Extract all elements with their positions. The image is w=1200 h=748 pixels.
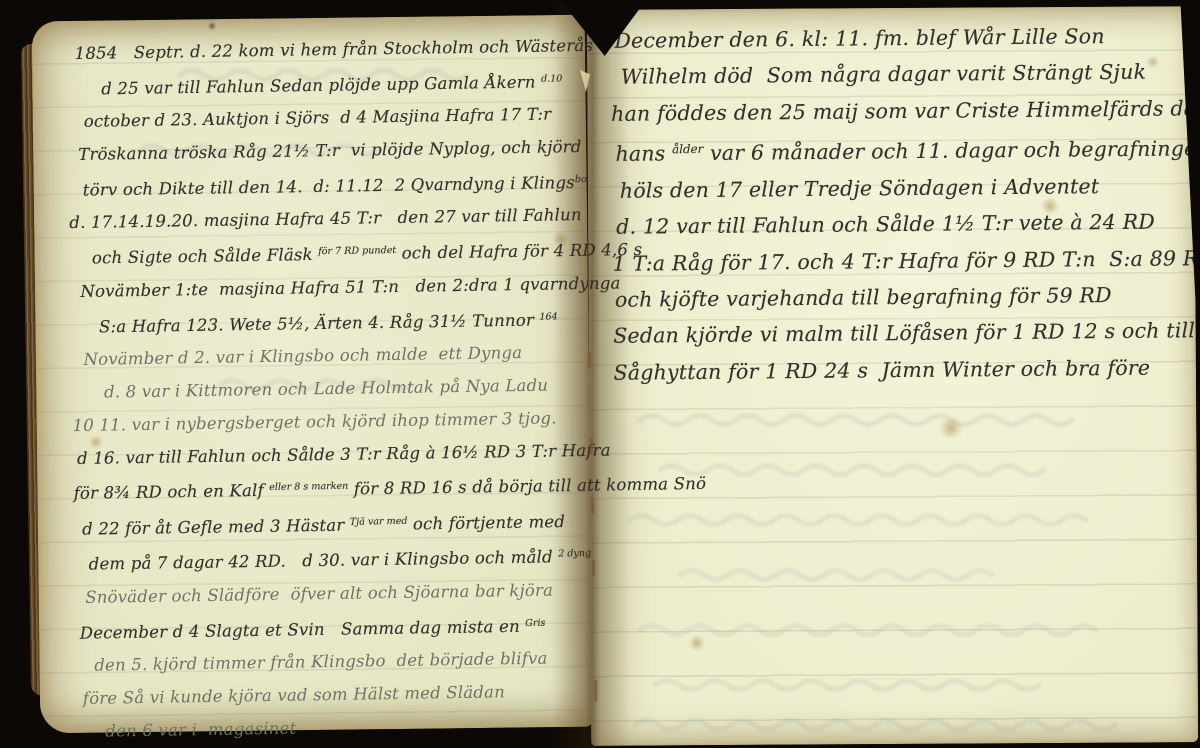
gutter-crease-mark <box>592 560 595 576</box>
handwriting-text: och förtjente med <box>407 512 565 533</box>
handwriting-text: Wilhelm död Som några dagar varit Sträng… <box>621 60 1147 89</box>
manuscript-line: Såghyttan för 1 RD 24 s Jämn Winter och … <box>613 349 1199 391</box>
superscript-insertion: Tjä var med <box>350 516 408 528</box>
manuscript-line: 1 T:a Råg för 17. och 4 T:r Hafra för 9 … <box>612 240 1198 282</box>
manuscript-line: höls den 17 eller Tredje Söndagen i Adve… <box>620 167 1198 209</box>
handwriting-text: den 6 var i magasinet <box>105 718 296 740</box>
age-spot <box>938 418 964 438</box>
gutter-crease-mark <box>590 438 593 454</box>
handwriting-text: 1 T:a Råg för 17. och 4 T:r Hafra för 9 … <box>612 246 1200 276</box>
handwriting-text: den 5. kjörd timmer från Klingsbo det bö… <box>94 649 548 675</box>
handwriting-text: och Sigte och Sålde Fläsk <box>92 245 319 268</box>
age-spot <box>688 636 706 650</box>
handwriting-text: d. 17.14.19.20. masjina Hafra 45 T:r den… <box>69 206 582 233</box>
handwriting-text: Snöväder och Slädföre öfver alt och Sjöa… <box>85 580 553 606</box>
manuscript-line: han föddes den 25 maij som var Criste Hi… <box>611 90 1197 132</box>
manuscript-line: och kjöfte varjehanda till begrafning fö… <box>615 276 1199 318</box>
manuscript-line: Sedan kjörde vi malm till Löfåsen för 1 … <box>613 313 1199 355</box>
age-spot <box>88 436 104 448</box>
handwriting-text: dem på 7 dagar 42 RD. d 30. var i Klings… <box>89 548 559 574</box>
handwriting-text: 10 11. var i nybergsberget och kjörd iho… <box>72 408 556 435</box>
handwriting-text: october d 23. Auktjon i Sjörs d 4 Masjin… <box>84 105 552 131</box>
handwriting-text: December d 4 Slagta et Svin Samma dag mi… <box>80 616 526 642</box>
handwriting-text: Såghyttan för 1 RD 24 s Jämn Winter och … <box>613 355 1150 384</box>
handwriting-text: Novämber d 2. var i Klingsbo och malde e… <box>83 343 522 369</box>
handwriting-text: d. 12 var till Fahlun och Sålde 1½ T:r v… <box>616 210 1155 239</box>
handwriting-text: d. 8 var i Kittmoren och Lade Holmtak på… <box>104 376 548 402</box>
handwriting-text: 1854 Septr. d. 22 kom vi hem från Stockh… <box>75 36 594 63</box>
diary-photograph: 1854 Septr. d. 22 kom vi hem från Stockh… <box>0 0 1200 748</box>
superscript-insertion: ålder <box>672 142 703 156</box>
manuscript-line: d. 12 var till Fahlun och Sålde 1½ T:r v… <box>616 203 1198 245</box>
handwriting-text: före Så vi kunde kjöra vad som Hälst med… <box>83 682 505 708</box>
superscript-insertion: d.10 <box>541 73 563 84</box>
left-page-handwriting: 1854 Septr. d. 22 kom vi hem från Stockh… <box>66 30 597 748</box>
right-page-handwriting: December den 6. kl: 11. fm. blef Wår Lil… <box>610 17 1200 391</box>
superscript-insertion: 2 dyng <box>558 548 591 560</box>
manuscript-line: den 6 var i magasinet <box>105 708 597 748</box>
superscript-insertion: Gris <box>525 617 545 628</box>
handwriting-text: S:a Hafra 123. Wete 5½, Ärten 4. Råg 31½… <box>99 310 540 336</box>
handwriting-text: och del Hafra för 4 RD 4,6 s <box>396 240 642 263</box>
ink-speck <box>208 22 216 30</box>
handwriting-text: hans <box>615 142 672 167</box>
gutter-crease-mark <box>594 680 597 702</box>
handwriting-text: d 16. var till Fahlun och Sålde 3 T:r Rå… <box>77 440 611 467</box>
handwriting-text: för 8¾ RD och en Kalf <box>73 481 269 503</box>
manuscript-line: December den 6. kl: 11. fm. blef Wår Lil… <box>614 17 1196 59</box>
handwriting-text: och kjöfte varjehanda till begrafning fö… <box>615 283 1112 312</box>
handwriting-text: Tröskanna tröska Råg 21½ T:r vi plöjde N… <box>78 137 582 164</box>
manuscript-line: hans ålder var 6 månader och 11. dagar o… <box>615 126 1197 172</box>
age-spot <box>1146 56 1160 68</box>
age-spot <box>552 232 570 246</box>
handwriting-text: December den 6. kl: 11. fm. blef Wår Lil… <box>614 24 1104 53</box>
gutter-crease-mark <box>591 498 594 514</box>
handwriting-text: han föddes den 25 maij som var Criste Hi… <box>611 96 1200 126</box>
handwriting-text: törv och Dikte till den 14. d: 11.12 2 Q… <box>83 173 575 200</box>
superscript-insertion: för 7 RD pundet <box>318 245 396 257</box>
handwriting-text: Sedan kjörde vi malm till Löfåsen för 1 … <box>613 319 1195 349</box>
age-spot <box>1040 198 1060 214</box>
handwriting-text: d 25 var till Fahlun Sedan plöjde upp Ga… <box>101 72 541 98</box>
handwriting-text: var 6 månader och 11. dagar och begrafni… <box>703 136 1200 165</box>
handwriting-text: Novämber 1:te masjina Hafra 51 T:n den 2… <box>80 273 620 300</box>
manuscript-line: Wilhelm död Som några dagar varit Sträng… <box>621 54 1197 96</box>
handwriting-text: höls den 17 eller Tredje Söndagen i Adve… <box>620 174 1100 203</box>
superscript-insertion: 164 <box>539 311 557 322</box>
superscript-insertion: bo <box>575 174 587 185</box>
gutter-crease-mark <box>588 352 591 368</box>
handwriting-text: d 22 för åt Gefle med 3 Hästar <box>82 515 350 538</box>
superscript-insertion: eller 8 s marken <box>269 481 348 493</box>
